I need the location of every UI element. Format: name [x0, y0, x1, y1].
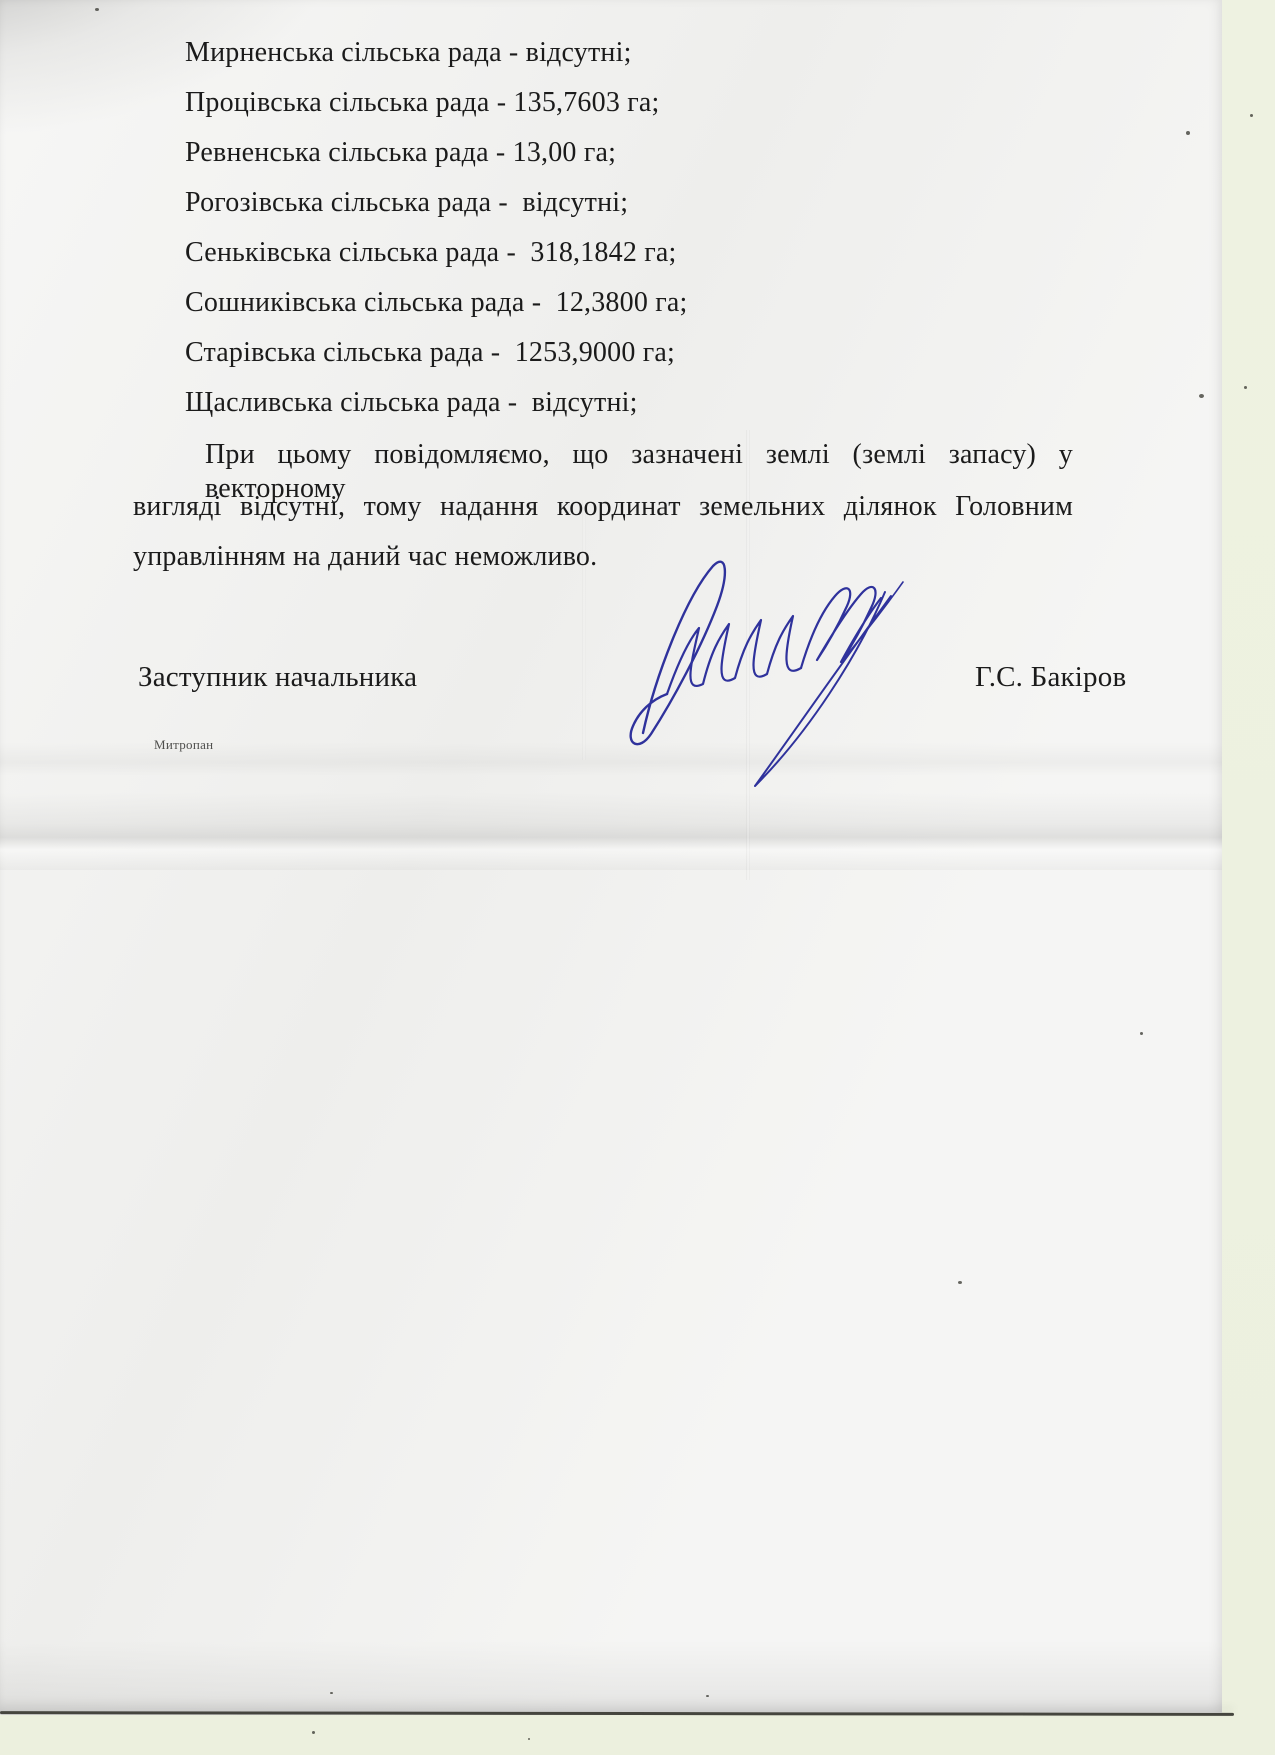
dust-speck [312, 1731, 315, 1734]
paragraph-line: вигляді відсутні, тому надання координат… [133, 490, 1073, 524]
land-list-item: Рогозівська сільська рада - відсутні; [185, 186, 628, 220]
dust-speck [1186, 131, 1190, 135]
dust-speck [1250, 114, 1253, 117]
land-list-item: Сошниківська сільська рада - 12,3800 га; [185, 286, 688, 320]
handwritten-signature [595, 548, 915, 798]
land-list-item: Сеньківська сільська рада - 318,1842 га; [185, 236, 677, 270]
dust-speck [528, 1738, 530, 1740]
dust-speck [958, 1281, 962, 1284]
dust-speck [1199, 394, 1204, 398]
land-list-item: Ревненська сільська рада - 13,00 га; [185, 136, 616, 170]
land-list-item: Старівська сільська рада - 1253,9000 га; [185, 336, 675, 370]
land-list-item: Щасливська сільська рада - відсутні; [185, 386, 638, 420]
footnote-name: Митропан [154, 737, 213, 753]
dust-speck [95, 8, 99, 11]
position-title: Заступник начальника [138, 660, 417, 694]
land-list-item: Мирненська сільська рада - відсутні; [185, 36, 632, 70]
signer-name: Г.С. Бакіров [975, 660, 1126, 694]
dust-speck [1140, 1032, 1143, 1035]
dust-speck [706, 1695, 709, 1697]
scanned-letter-page: Мирненська сільська рада - відсутні; Про… [0, 0, 1275, 1755]
paper-bottom-edge [0, 1711, 1234, 1716]
dust-speck [1244, 386, 1247, 389]
land-list-item: Процівська сільська рада - 135,7603 га; [185, 86, 660, 120]
dust-speck [330, 1692, 333, 1694]
